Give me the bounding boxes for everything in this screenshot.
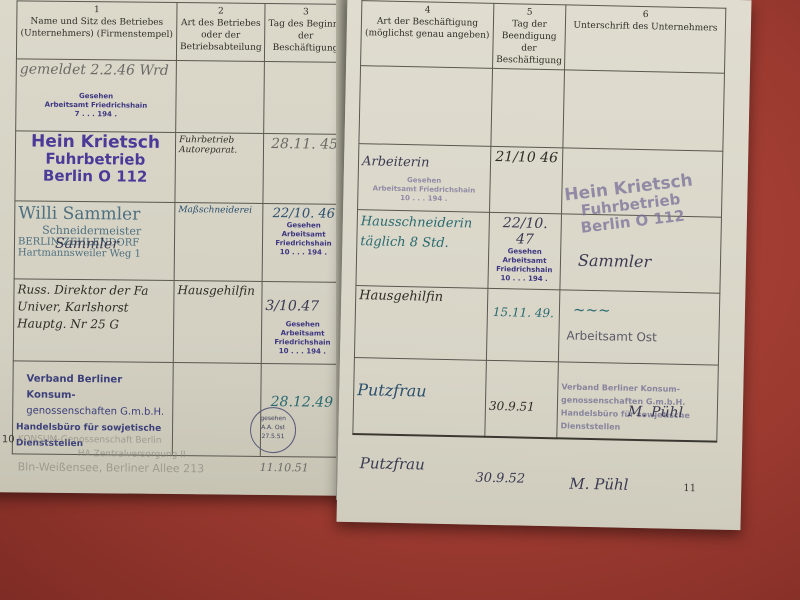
row3-signature: ~~~ Arbeitsamt Ost: [558, 290, 719, 365]
row0-empty-end: [491, 68, 565, 147]
header-col4: 4Art der Beschäftigung (möglichst genau …: [361, 1, 494, 69]
row3-company-stamp: Willi Sammler Schneidermeister BERLIN-ZE…: [14, 201, 175, 281]
row2-type: Fuhrbetrieb Autoreparat.: [175, 133, 264, 204]
footer-date: 11.10.51: [260, 461, 309, 475]
round-stamp: gesehenA.A. Ost27.5.51: [250, 407, 296, 453]
row2-end: 22/10. 47 GesehenArbeitsamt Friedrichsha…: [488, 212, 562, 289]
page-number-right: 11: [683, 483, 696, 494]
row0-empty: [359, 66, 493, 147]
footer-signature: M. Pühl: [569, 475, 628, 494]
right-page: 4Art der Beschäftigung (möglichst genau …: [336, 0, 751, 530]
footer-end-date: 30.9.52: [475, 471, 525, 487]
row3-type: Maßschneiderei: [174, 203, 263, 282]
header-col2: 2Art des Betriebes oder der Betriebsabte…: [176, 3, 265, 62]
row3-start: 22/10. 46 GesehenArbeitsamt Friedrichsha…: [262, 203, 345, 282]
row1-company: gemeldet 2.2.46 Wrd GesehenArbeitsamt Fr…: [16, 59, 177, 133]
row3-occupation: Hausgehilfin: [354, 286, 487, 361]
row1-start: [264, 61, 347, 134]
left-page: 1Name und Sitz des Betriebes (Unternehme…: [0, 0, 355, 496]
employment-table-left: 1Name und Sitz des Betriebes (Unternehme…: [12, 0, 348, 457]
row4-type: Hausgehilfin: [173, 281, 262, 364]
row0-empty-sign: [563, 70, 725, 151]
employment-table-right: 4Art der Beschäftigung (möglichst genau …: [352, 0, 726, 442]
footer-stamp: KONSUM-Genossenschaft Berlin HA Zentralv…: [18, 432, 205, 476]
row1-type: [176, 61, 265, 134]
row4-signature: Verband Berliner Konsum-genossenschaften…: [557, 362, 719, 441]
header-col5: 5Tag der Beendigung der Beschäftigung: [493, 3, 566, 69]
row2-signature: Hein KrietschFuhrbetriebBerlin O 112 Sam…: [560, 214, 722, 293]
row4-company: Russ. Direktor der Fa Univer, Karlshorst…: [13, 279, 174, 363]
header-col3: 3Tag des Beginns der Beschäftigung: [264, 3, 347, 62]
header-col6: 6Unterschrift des Unternehmers: [565, 5, 726, 73]
row4-occupation: Putzfrau: [353, 358, 487, 437]
row3-end: 15.11. 49.: [486, 288, 559, 361]
row1-occupation: Arbeiterin GesehenArbeitsamt Friedrichsh…: [358, 144, 491, 213]
page-number-left: 10: [2, 434, 15, 445]
header-col1: 1Name und Sitz des Betriebes (Unternehme…: [16, 1, 177, 61]
row1-end: 21/10 46: [490, 146, 563, 213]
row4-start: 3/10.47 GesehenArbeitsamt Friedrichshain…: [261, 281, 344, 364]
row4-end: 30.9.51: [485, 360, 559, 437]
row2-occupation: Hausschneiderin täglich 8 Std.: [356, 210, 490, 289]
row2-company-stamp: Hein KrietschFuhrbetriebBerlin O 112: [15, 131, 176, 203]
row2-start: 28.11. 45: [263, 133, 346, 204]
footer-occupation: Putzfrau: [360, 454, 425, 473]
